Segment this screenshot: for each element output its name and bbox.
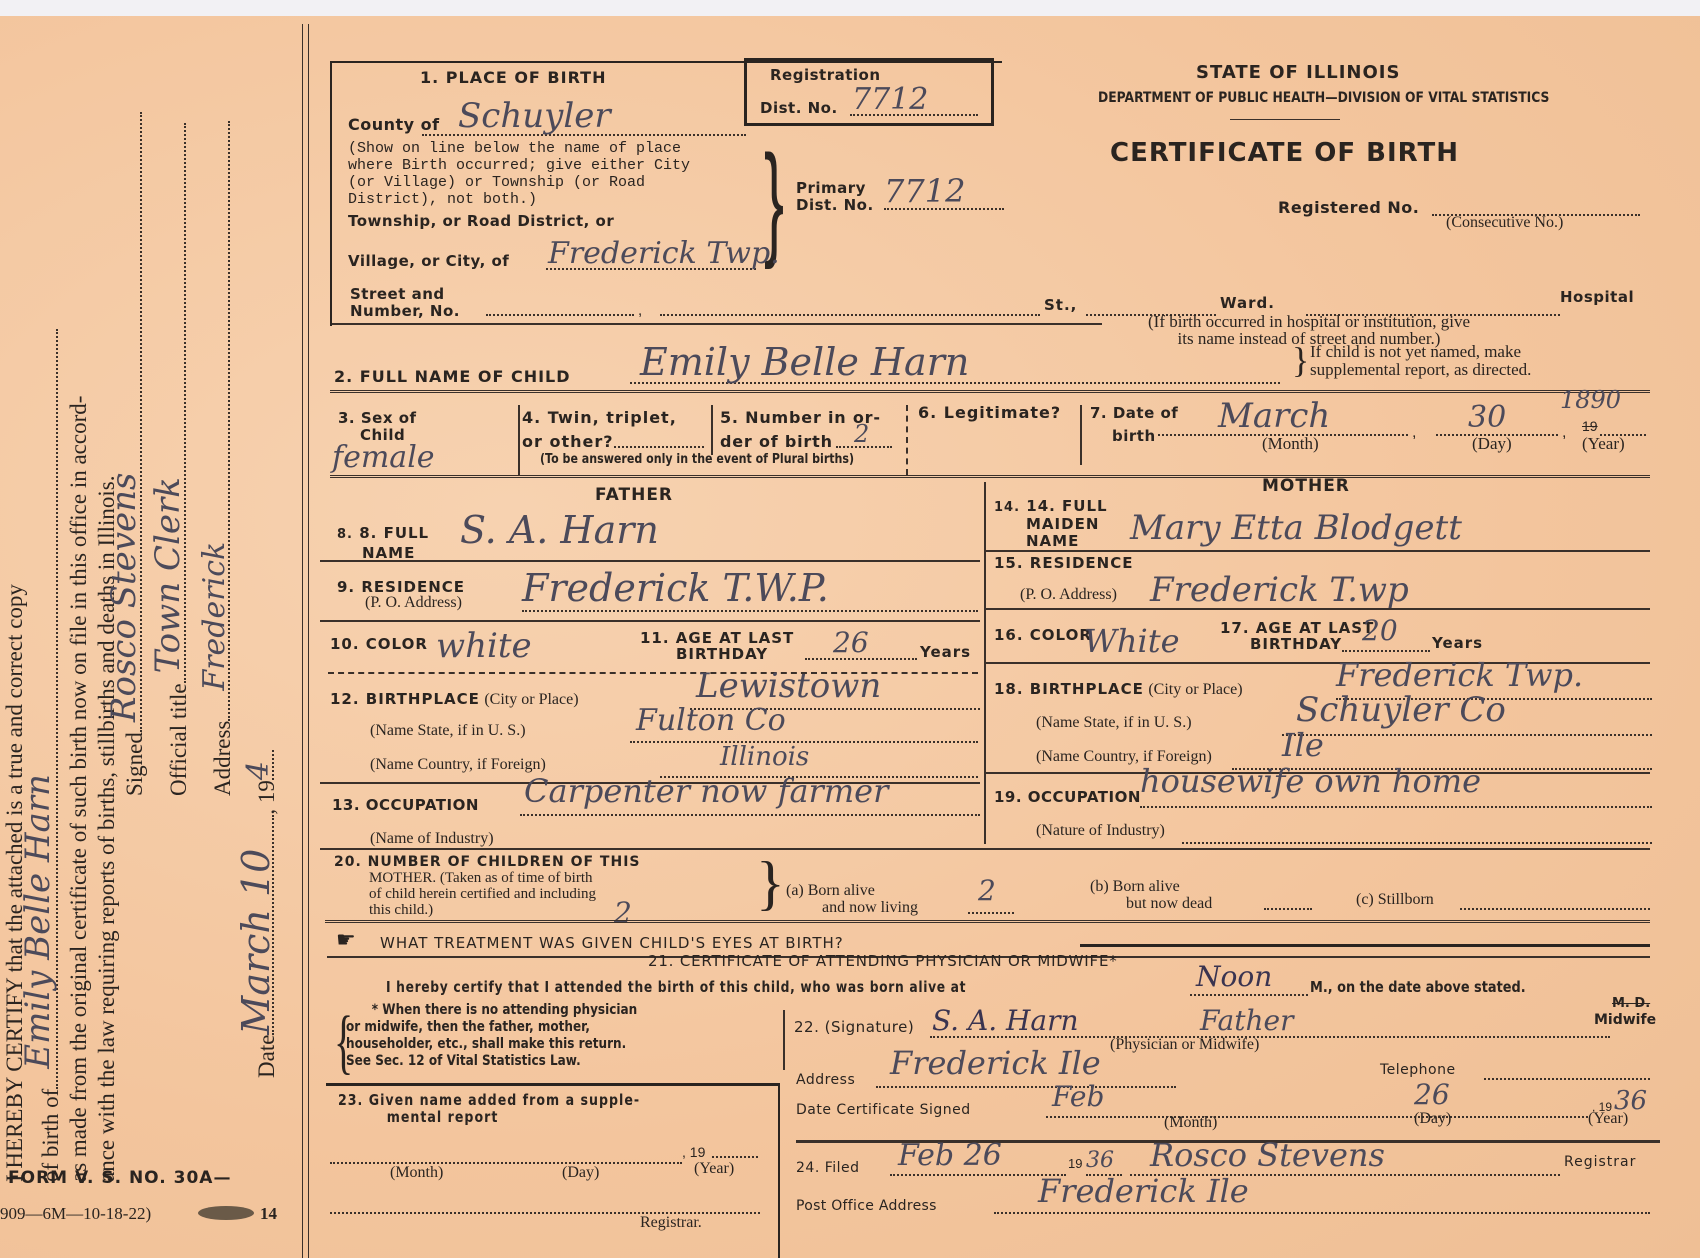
day-caption: (Day) <box>1472 434 1512 454</box>
signature-field[interactable]: S. A. Harn Father <box>930 1028 1610 1038</box>
father-years-label: Years <box>920 643 971 661</box>
stillborn-field[interactable] <box>1460 902 1650 910</box>
village-label: Village, or City, of <box>348 252 509 270</box>
supplemental-registrar-label: Registrar. <box>640 1214 702 1232</box>
registered-no-label: Registered No. <box>1278 198 1419 217</box>
mother-industry-field[interactable] <box>1182 834 1652 844</box>
hospital-label: Hospital <box>1560 288 1634 306</box>
father-occupation-label: 13. OCCUPATION <box>332 796 479 814</box>
stillborn-label: (c) Stillborn <box>1356 891 1434 909</box>
rule <box>320 620 980 622</box>
father-residence-field[interactable]: Frederick T.W.P. <box>522 600 978 612</box>
birth-time-field[interactable]: Noon <box>1190 986 1308 996</box>
signed-field[interactable]: Rosco Stevens <box>140 112 142 732</box>
divider-line <box>308 24 309 1258</box>
comma: , <box>638 302 642 319</box>
rule <box>320 848 1650 850</box>
supplemental-year-field[interactable] <box>712 1152 758 1158</box>
signature-label: 22. (Signature) <box>794 1018 914 1036</box>
place-instructions: (Show on line below the name of place wh… <box>348 140 690 208</box>
year-caption: (Year) <box>1582 434 1625 454</box>
signed-row: SignedRosco Stevens <box>122 112 148 796</box>
divider <box>906 405 908 475</box>
midwife-label: Midwife <box>1594 1012 1656 1028</box>
mother-occupation-field[interactable]: housewife own home <box>1140 798 1652 808</box>
birth-of-row: of birth ofEmily Belle Harn <box>38 329 64 1182</box>
address-field[interactable]: Frederick <box>228 121 230 721</box>
date-signed-label: Date Certificate Signed <box>796 1102 971 1118</box>
eyes-field[interactable] <box>1080 944 1650 947</box>
date-signed-day-caption: (Day) <box>1414 1110 1451 1128</box>
official-title-row: Official titleTown Clerk <box>166 123 192 796</box>
born-alive-label: (a) Born alive and now living <box>786 882 918 916</box>
page-title: CERTIFICATE OF BIRTH <box>1110 138 1459 168</box>
rule <box>986 608 1650 610</box>
divider-line <box>302 24 303 1258</box>
comma: , <box>1562 424 1566 442</box>
supplemental-year-prefix: , 19 <box>682 1144 705 1160</box>
born-alive-field[interactable]: 2 <box>968 906 1014 914</box>
rule <box>330 390 1650 393</box>
comma: , <box>1412 424 1416 442</box>
mother-color-label: 16. COLOR <box>994 626 1092 644</box>
twin-field[interactable] <box>614 436 704 448</box>
plural-note: (To be answered only in the event of Plu… <box>540 452 854 467</box>
rule <box>986 550 1650 552</box>
father-residence-sub: (P. O. Address) <box>365 594 462 612</box>
father-industry-label: (Name of Industry) <box>370 830 494 848</box>
department-heading: DEPARTMENT OF PUBLIC HEALTH—DIVISION OF … <box>1098 90 1549 106</box>
filed-registrar-label: Registrar <box>1564 1154 1636 1170</box>
date-signed-field[interactable]: Feb 26 <box>1046 1108 1588 1118</box>
order-field[interactable]: 2 <box>836 436 892 448</box>
physician-heading: 21. CERTIFICATE OF ATTENDING PHYSICIAN O… <box>648 952 1118 970</box>
birth-of-field[interactable]: Emily Belle Harn <box>56 329 58 1089</box>
divider <box>783 1010 785 1070</box>
place-of-birth-heading: 1. PLACE OF BIRTH <box>420 68 606 87</box>
street-label: Street and Number, No. <box>350 286 460 320</box>
rule <box>332 323 1102 325</box>
father-name-value[interactable]: S. A. Harn <box>460 508 659 552</box>
supplemental-day-caption: (Day) <box>562 1164 599 1182</box>
certify-text: I hereby certify that I attended the bir… <box>386 978 966 996</box>
mother-years-label: Years <box>1432 634 1483 652</box>
divider <box>518 405 520 475</box>
now-dead-label: (b) Born alive but now dead <box>1090 878 1212 912</box>
father-state-label: (Name State, if in U. S.) <box>370 722 526 740</box>
mother-state-field[interactable]: Schuyler Co <box>1282 726 1652 736</box>
union-bug-number: 14 <box>260 1204 277 1224</box>
eyes-label: WHAT TREATMENT WAS GIVEN CHILD'S EYES AT… <box>380 934 844 952</box>
telephone-field[interactable] <box>1484 1070 1650 1080</box>
physician-address-field[interactable]: Frederick Ile <box>876 1078 1176 1088</box>
st-label: St., <box>1044 296 1077 314</box>
sex-label: 3. Sex of Child <box>338 410 417 444</box>
official-title-field[interactable]: Town Clerk <box>184 123 186 683</box>
mother-name-value[interactable]: Mary Etta Blodgett <box>1130 508 1462 548</box>
date-signed-month-caption: (Month) <box>1164 1114 1217 1132</box>
dob-year-printed: 19 <box>1582 418 1598 434</box>
date-field[interactable]: March 10 <box>272 815 274 1035</box>
legitimate-label: 6. Legitimate? <box>918 403 1061 422</box>
father-country-label: (Name Country, if Foreign) <box>370 756 546 774</box>
pointing-hand-icon: ☛ <box>336 931 356 949</box>
physician-note: * When there is no attending physician o… <box>346 1002 637 1070</box>
father-color-value[interactable]: white <box>436 626 532 666</box>
mother-residence-value[interactable]: Frederick T.wp <box>1150 570 1409 610</box>
children-total-value[interactable]: 2 <box>614 896 632 929</box>
mother-state-label: (Name State, if in U. S.) <box>1036 714 1192 732</box>
father-color-label: 10. COLOR <box>330 635 428 653</box>
children-brace: } <box>756 850 785 916</box>
supplemental-month-caption: (Month) <box>390 1164 443 1182</box>
telephone-label: Telephone <box>1380 1062 1456 1078</box>
supplemental-year-caption: (Year) <box>694 1160 734 1178</box>
rule <box>330 475 1650 478</box>
registered-no-field[interactable] <box>1432 196 1640 216</box>
unnamed-brace: } <box>1292 342 1309 378</box>
divider <box>711 405 713 455</box>
street-number-field[interactable] <box>486 298 634 316</box>
physician-address-label: Address <box>796 1072 855 1088</box>
consecutive-note: (Consecutive No.) <box>1446 214 1563 232</box>
form-number: FORM V. S. NO. 30A— <box>8 1168 231 1188</box>
filed-year-prefix: 19 <box>1068 1156 1082 1171</box>
divider <box>1080 405 1082 465</box>
signature-caption: (Physician or Midwife) <box>1110 1036 1259 1054</box>
month-caption: (Month) <box>1262 434 1319 454</box>
certification-strip: I HEREBY CERTIFY that the attached is a … <box>0 16 300 1166</box>
address-row: AddressFrederick <box>210 121 236 796</box>
po-address-field[interactable]: Frederick Ile <box>994 1208 1650 1214</box>
father-heading: FATHER <box>595 485 673 505</box>
street-name-field[interactable] <box>660 298 1040 316</box>
mother-heading: MOTHER <box>1262 476 1350 496</box>
now-dead-field[interactable] <box>1264 902 1312 910</box>
state-heading: STATE OF ILLINOIS <box>1196 62 1400 83</box>
header-rule <box>1230 119 1340 120</box>
village-field[interactable]: Frederick Twp. <box>546 252 756 270</box>
unnamed-note: If child is not yet named, make suppleme… <box>1310 343 1531 379</box>
print-code: 909—6M—10-18-22) <box>0 1204 151 1224</box>
mother-residence-sub: (P. O. Address) <box>1020 586 1117 604</box>
union-bug-icon <box>198 1206 254 1220</box>
mother-name-label: 14. 14. FULL MAIDEN NAME <box>994 498 1108 550</box>
primary-dist-field[interactable]: 7712 <box>884 196 1004 210</box>
father-occupation-field[interactable]: Carpenter now farmer <box>520 806 980 816</box>
children-label: 20. NUMBER OF CHILDREN OF THIS MOTHER. (… <box>334 854 641 918</box>
child-name-field[interactable]: Emily Belle Harn <box>630 366 1280 384</box>
child-name-label: 2. FULL NAME OF CHILD <box>334 367 571 386</box>
mother-residence-label: 15. RESIDENCE <box>994 554 1133 572</box>
sex-value[interactable]: female <box>332 440 435 475</box>
date-year-field[interactable]: 4 <box>272 750 274 780</box>
date-row: DateMarch 10, 194 <box>254 750 280 1078</box>
father-age-label: 11. AGE AT LAST BIRTHDAY <box>640 630 794 662</box>
father-name-label: 8. 8. FULL NAME <box>337 524 429 562</box>
supplemental-date-field[interactable] <box>330 1158 682 1164</box>
dist-no-field[interactable]: 7712 <box>850 100 978 116</box>
mother-birthplace-label: 18. BIRTHPLACE (City or Place) <box>994 680 1243 699</box>
rule <box>320 560 980 562</box>
filed-label: 24. Filed <box>796 1160 860 1176</box>
township-label: Township, or Road District, or <box>348 212 614 230</box>
rule <box>325 920 1650 923</box>
certify-line-3: as made from the original certificate of… <box>66 396 92 1182</box>
primary-dist-label: Primary Dist. No. <box>796 180 874 214</box>
mother-industry-label: (Nature of Industry) <box>1036 822 1165 840</box>
dist-no-label: Dist. No. <box>760 99 838 117</box>
dob-year-value: 1890 <box>1560 386 1621 414</box>
father-birthplace-label: 12. BIRTHPLACE (City or Place) <box>330 690 579 709</box>
mother-age-field[interactable]: 20 <box>1342 642 1430 652</box>
supplemental-label: 23. Given name added from a supple- ment… <box>338 1092 640 1126</box>
md-label: M. D. <box>1612 996 1650 1011</box>
date-signed-year-caption: (Year) <box>1588 1110 1628 1128</box>
father-age-field[interactable]: 26 <box>805 650 917 660</box>
certify-suffix: M., on the date above stated. <box>1310 978 1526 996</box>
po-address-label: Post Office Address <box>796 1198 937 1214</box>
mother-color-value[interactable]: White <box>1084 622 1180 660</box>
mother-occupation-label: 19. OCCUPATION <box>994 788 1141 806</box>
ward-label: Ward. <box>1220 294 1275 312</box>
county-field[interactable]: Schuyler <box>422 110 746 136</box>
